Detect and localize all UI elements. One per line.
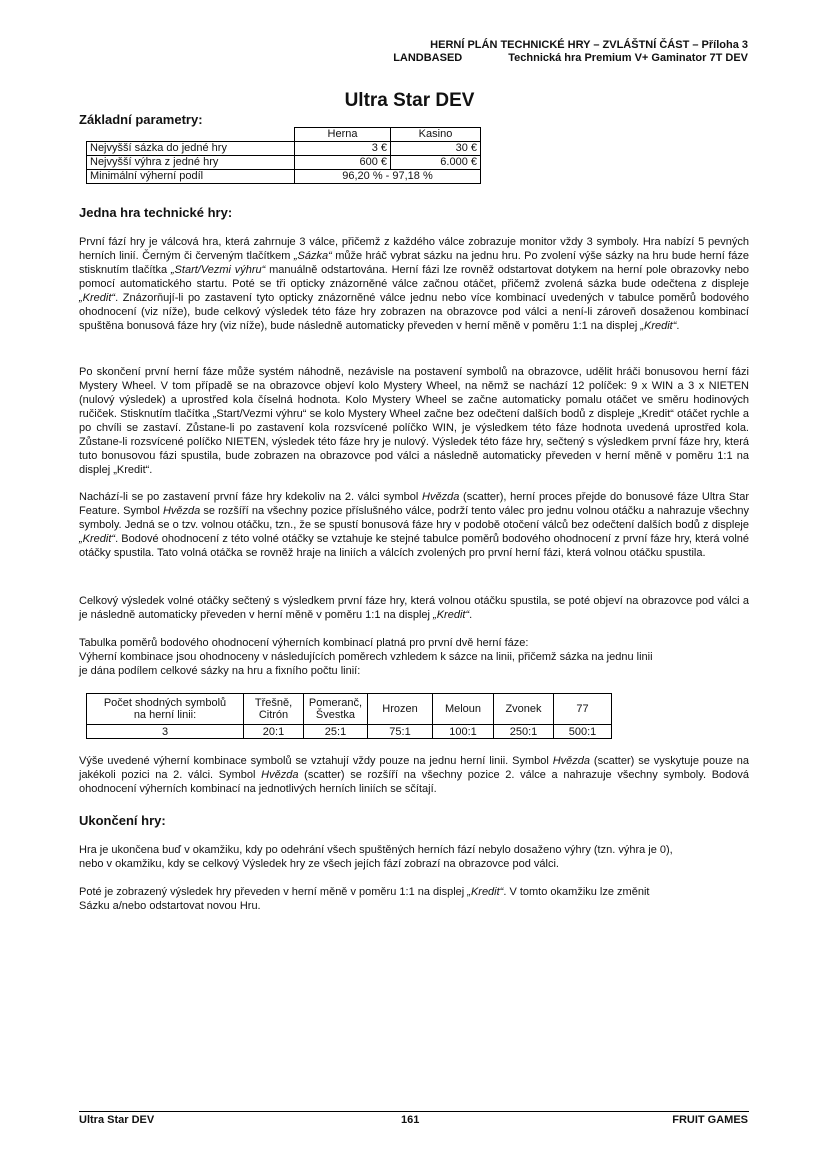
paragraph-game-end: Hra je ukončena buď v okamžiku, kdy po o… (79, 843, 749, 871)
paragraph-free-spin-result: Celkový výsledek volné otáčky sečtený s … (79, 594, 749, 622)
paytable-header-row: Počet shodných symbolůna herní linii: Tř… (87, 694, 612, 725)
document-page: HERNÍ PLÁN TECHNICKÉ HRY – ZVLÁŠTNÍ ČÁST… (0, 0, 827, 1169)
paragraph-credit-transfer: Poté je zobrazený výsledek hry převeden … (79, 885, 749, 913)
page-header: HERNÍ PLÁN TECHNICKÉ HRY – ZVLÁŠTNÍ ČÁST… (393, 39, 748, 65)
section-heading-game: Jedna hra technické hry: (79, 205, 232, 220)
params-heading: Základní parametry: (79, 112, 203, 127)
header-landbased: LANDBASED (393, 52, 462, 65)
params-header-row: Herna Kasino (87, 128, 481, 142)
paytable-label-header: Počet shodných symbolůna herní linii: (87, 694, 244, 725)
footer-game-name: Ultra Star DEV (79, 1114, 154, 1126)
footer-category: FRUIT GAMES (672, 1114, 748, 1126)
page-title: Ultra Star DEV (0, 90, 827, 112)
params-col-herna: Herna (295, 128, 391, 142)
paragraph-scatter-rules: Výše uvedené výherní kombinace symbolů s… (79, 754, 749, 796)
table-row: 3 20:1 25:1 75:1 100:1 250:1 500:1 (87, 725, 612, 739)
header-title: HERNÍ PLÁN TECHNICKÉ HRY – ZVLÁŠTNÍ ČÁST… (393, 39, 748, 52)
params-col-kasino: Kasino (391, 128, 481, 142)
header-subtitle: LANDBASEDTechnická hra Premium V+ Gamina… (393, 52, 748, 65)
header-game-type: Technická hra Premium V+ Gaminator 7T DE… (508, 52, 748, 64)
table-row: Nejvyšší výhra z jedné hry 600 € 6.000 € (87, 156, 481, 170)
paragraph-ultra-star-feature: Nachází-li se po zastavení první fáze hr… (79, 490, 749, 560)
paytable: Počet shodných symbolůna herní linii: Tř… (86, 693, 612, 739)
footer-divider (79, 1111, 749, 1112)
table-row: Minimální výherní podíl 96,20 % - 97,18 … (87, 170, 481, 184)
paragraph-paytable-intro: Tabulka poměrů bodového ohodnocení výher… (79, 636, 749, 678)
params-table: Herna Kasino Nejvyšší sázka do jedné hry… (86, 127, 481, 184)
footer-page-number: 161 (401, 1114, 419, 1126)
paragraph-first-phase: První fází hry je válcová hra, která zah… (79, 235, 749, 333)
table-row: Nejvyšší sázka do jedné hry 3 € 30 € (87, 142, 481, 156)
section-heading-end: Ukončení hry: (79, 813, 166, 828)
paragraph-mystery-wheel: Po skončení první herní fáze může systém… (79, 365, 749, 477)
